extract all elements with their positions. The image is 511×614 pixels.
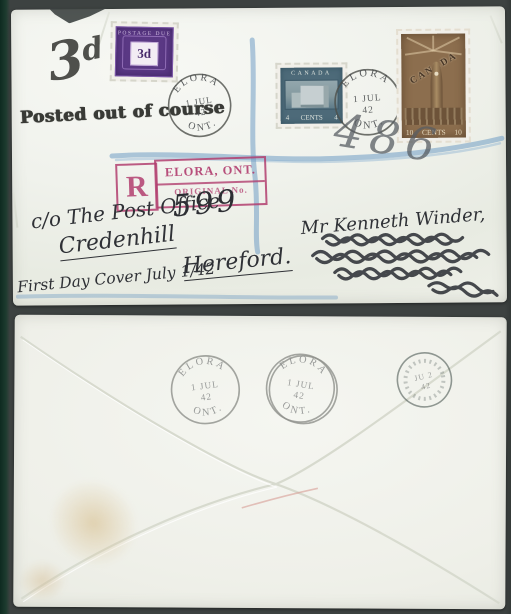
svg-text:42: 42 <box>293 390 306 402</box>
svg-text:1 JUL: 1 JUL <box>185 95 213 109</box>
svg-text:42: 42 <box>200 391 213 402</box>
svg-text:ELORA: ELORA <box>175 353 229 380</box>
addressee-name: Mr Kenneth Winder, <box>300 204 486 239</box>
postage-due-value: 3d <box>130 41 158 66</box>
postage-due-charge-handstamp: 3d <box>43 29 109 90</box>
rpo-transit-postmark: JU 2 42 <box>381 336 468 423</box>
photograph-of-covers: POSTAGE DUE 3d 3d Posted out of course E… <box>0 0 511 614</box>
envelope-front: POSTAGE DUE 3d 3d Posted out of course E… <box>11 6 507 305</box>
tower-clock <box>434 72 438 76</box>
envelope-back: ELORA ONT. 1 JUL 42 ELORA ONT. 1 JUL 42 … <box>13 315 507 610</box>
registration-town: ELORA, ONT. <box>156 158 265 186</box>
crease <box>489 15 502 43</box>
faint-pink-mark <box>242 488 318 508</box>
svg-text:ELORA: ELORA <box>338 66 393 90</box>
elora-postmark-front-left: ELORA ONT. 1 JUL 42 <box>153 59 246 152</box>
svg-text:ELORA: ELORA <box>169 69 223 96</box>
tan-stain-corner <box>7 551 77 611</box>
first-day-cover-notation: First Day Cover July 1/42 <box>16 260 215 297</box>
svg-text:1 JUL: 1 JUL <box>286 377 315 391</box>
crease <box>12 192 18 228</box>
torn-corner <box>49 8 107 23</box>
svg-text:1 JUL: 1 JUL <box>190 379 219 393</box>
svg-text:42: 42 <box>420 381 432 392</box>
elora-postmark-back-left: ELORA ONT. 1 JUL 42 <box>158 342 252 436</box>
svg-text:1 JUL: 1 JUL <box>353 93 382 105</box>
elora-postmark-back-right: ELORA ONT. 1 JUL 42 <box>252 340 348 436</box>
svg-text:ELORA: ELORA <box>277 351 332 379</box>
svg-text:ONT.: ONT. <box>279 399 315 420</box>
svg-text:ONT.: ONT. <box>190 401 226 421</box>
svg-text:42: 42 <box>194 107 206 118</box>
